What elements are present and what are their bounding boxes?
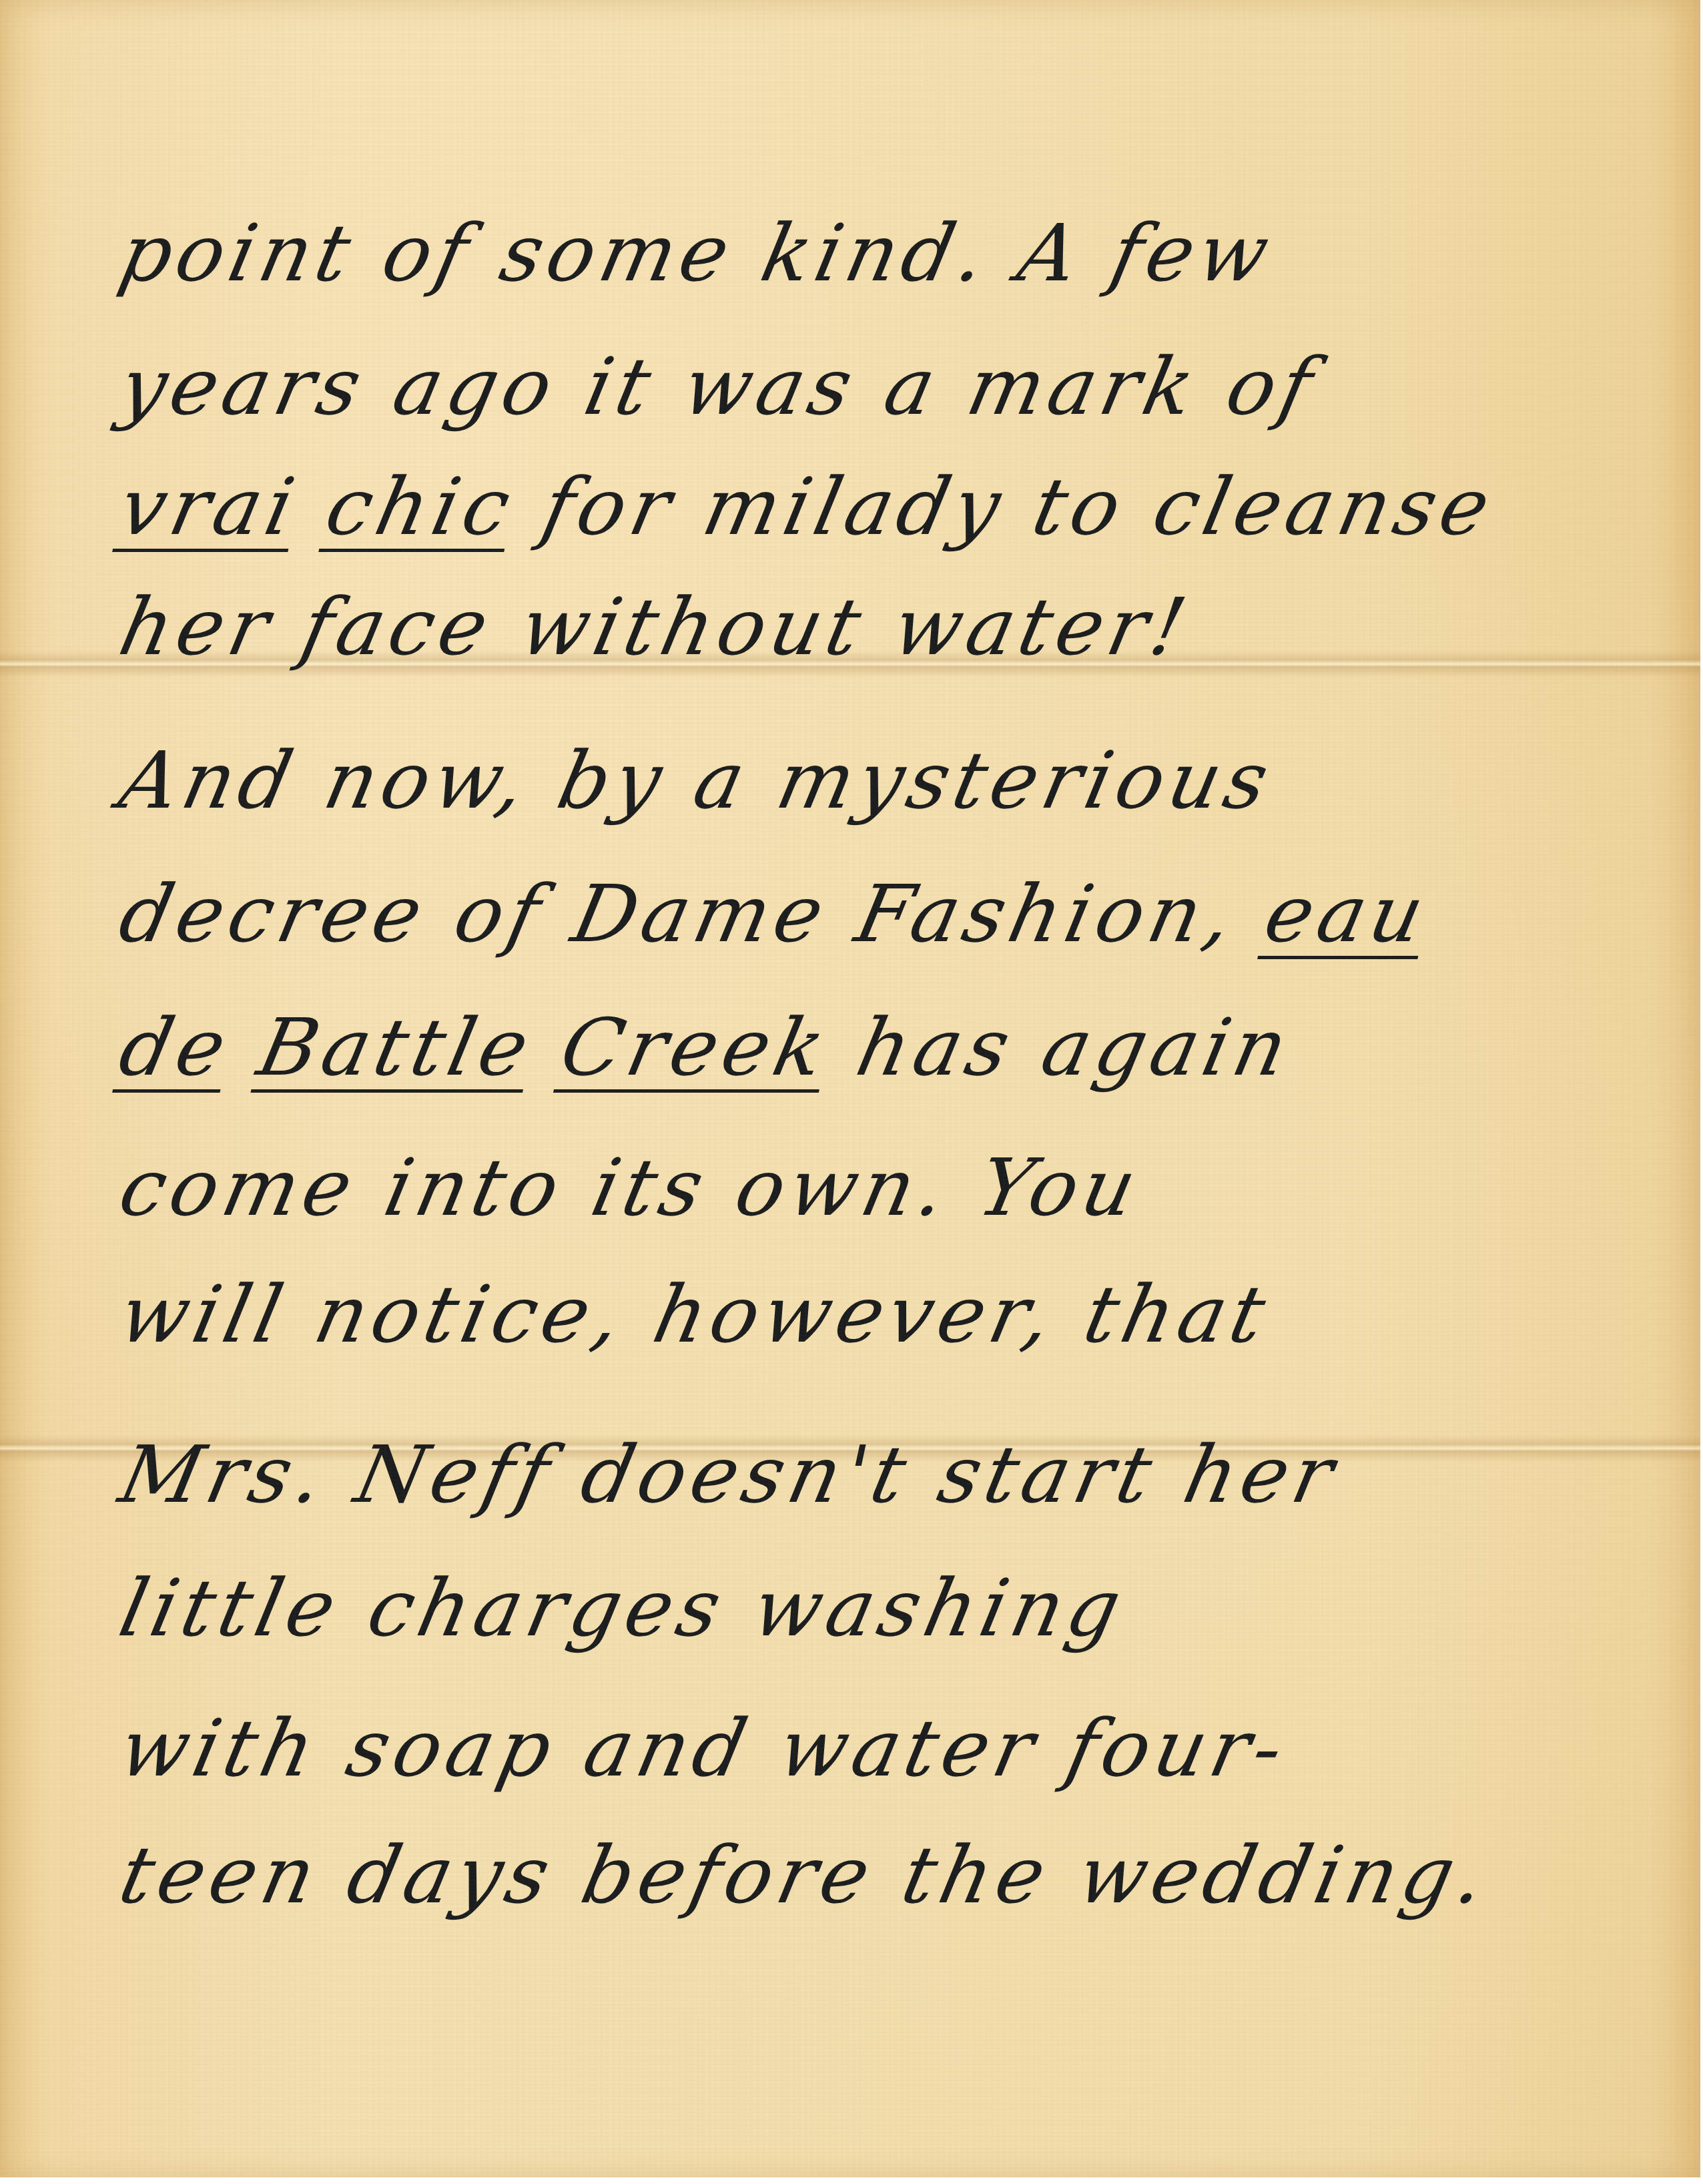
word: days	[340, 1829, 563, 1921]
handwritten-line-7: deBattleCreekhasagain	[113, 1008, 1330, 1087]
word: four-	[1058, 1702, 1296, 1794]
word: water	[771, 1702, 1047, 1794]
word: again	[1034, 1001, 1301, 1093]
word: few	[1103, 207, 1282, 299]
word: into	[377, 1141, 573, 1234]
word: A	[1010, 207, 1092, 299]
word: her	[112, 581, 283, 673]
word: the	[894, 1829, 1059, 1921]
word: water!	[886, 581, 1199, 673]
word: to	[1025, 461, 1134, 553]
word: mark	[960, 340, 1207, 433]
word: charges	[360, 1562, 734, 1654]
handwritten-line-6: decreeofDameFashion,eau	[113, 874, 1466, 953]
handwritten-line-5: Andnow,byamysterious	[113, 741, 1311, 820]
letter-page: pointofsomekind.Afew yearsagoitwasamarko…	[0, 0, 1700, 2177]
handwritten-line-9: willnotice,however,that	[113, 1275, 1307, 1354]
handwritten-line-4: herfacewithoutwater!	[113, 587, 1228, 666]
word: notice,	[307, 1268, 635, 1360]
word: that	[1076, 1268, 1279, 1360]
word: teen	[112, 1829, 328, 1921]
underlined-word: chic	[318, 461, 523, 553]
word: wedding.	[1070, 1829, 1499, 1921]
word: its	[584, 1141, 717, 1234]
word: doesn't	[574, 1428, 920, 1521]
word: You	[970, 1141, 1149, 1234]
handwritten-line-11: littlechargeswashing	[113, 1569, 1163, 1647]
word: for	[535, 461, 684, 553]
word: Fashion,	[848, 868, 1246, 960]
handwritten-line-8: comeintoitsown.You	[113, 1148, 1178, 1227]
handwritten-line-2: yearsagoitwasamarkof	[113, 347, 1355, 426]
word: has	[849, 1001, 1023, 1093]
word: Dame	[565, 868, 837, 960]
word: was	[675, 340, 866, 433]
word: a	[686, 734, 758, 826]
word: of	[446, 868, 553, 960]
underlined-word: eau	[1257, 868, 1437, 960]
word: Neff	[348, 1428, 563, 1521]
word: Mrs.	[112, 1428, 337, 1521]
word: ago	[386, 340, 566, 433]
word: with	[112, 1702, 328, 1794]
word: come	[112, 1141, 366, 1234]
word: And	[112, 734, 306, 826]
word: kind.	[754, 207, 1000, 299]
word: soap	[339, 1702, 565, 1794]
word: cleanse	[1145, 461, 1503, 553]
word: of	[1219, 340, 1325, 433]
underlined-word: Battle	[250, 1001, 542, 1093]
word: and	[577, 1702, 760, 1794]
word: however,	[646, 1268, 1066, 1360]
handwritten-line-10: Mrs.Neffdoesn'tstarther	[113, 1435, 1376, 1514]
word: years	[112, 340, 374, 433]
word: will	[112, 1268, 296, 1360]
word: decree	[112, 868, 436, 960]
handwritten-line-12: withsoapandwaterfour-	[113, 1709, 1326, 1788]
word: it	[577, 340, 665, 433]
word: of	[375, 207, 482, 299]
word: mysterious	[769, 734, 1281, 826]
word: before	[574, 1829, 884, 1921]
word: now,	[317, 734, 539, 826]
word: washing	[745, 1562, 1134, 1654]
word: by	[550, 734, 675, 826]
word: start	[930, 1428, 1164, 1521]
underlined-word: vrai	[112, 461, 308, 553]
word: little	[112, 1562, 349, 1654]
word: some	[492, 207, 743, 299]
word: a	[877, 340, 949, 433]
handwritten-line-3: vraichicformiladytocleanse	[113, 467, 1532, 546]
handwritten-line-13: teendaysbeforethewedding.	[113, 1836, 1528, 1914]
word: point	[112, 207, 364, 299]
word: her	[1176, 1428, 1347, 1521]
word: milady	[695, 461, 1014, 553]
word: face	[294, 581, 501, 673]
underlined-word: Creek	[553, 1001, 838, 1093]
underlined-word: de	[112, 1001, 240, 1093]
word: own.	[728, 1141, 960, 1234]
handwritten-line-1: pointofsomekind.Afew	[113, 214, 1311, 292]
word: without	[513, 581, 874, 673]
